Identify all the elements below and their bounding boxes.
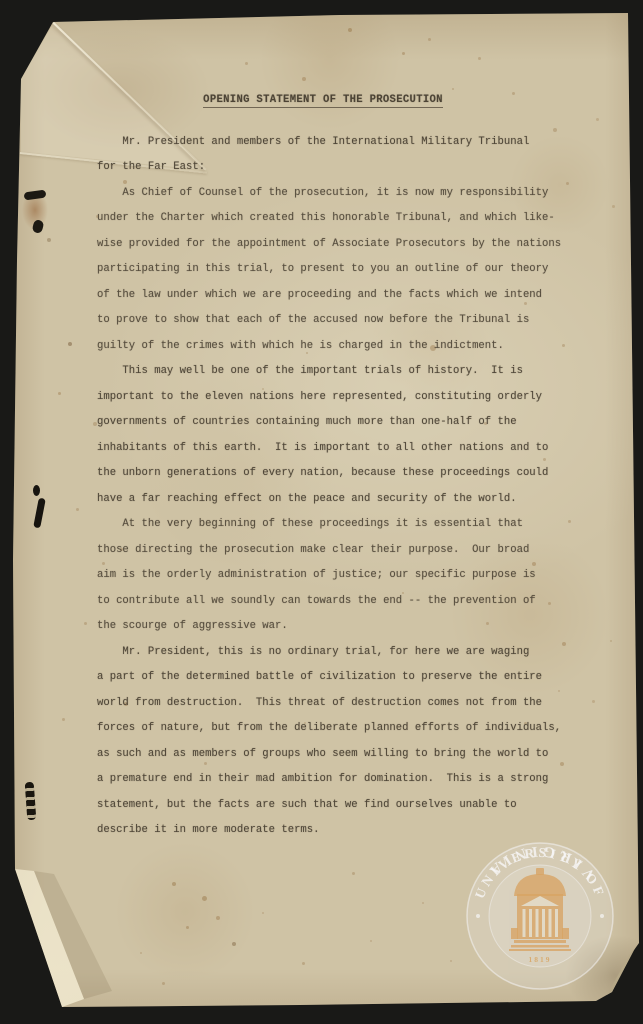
foxing-spot: [232, 942, 236, 946]
text-line: to contribute all we soundly can towards…: [97, 588, 597, 614]
foxing-spot: [428, 38, 431, 41]
foxing-spot: [162, 982, 165, 985]
text-line: inhabitants of this earth. It is importa…: [97, 435, 597, 461]
paragraph: Mr. President and members of the Interna…: [97, 129, 597, 180]
staple-top: [20, 188, 52, 240]
text-line: participating in this trial, to present …: [97, 257, 597, 283]
text-line: for the Far East:: [97, 155, 597, 181]
foxing-spot: [370, 940, 372, 942]
foxing-spot: [352, 872, 355, 875]
staple-mark: [33, 485, 40, 496]
text-line: a premature end in their mad ambition fo…: [97, 767, 597, 793]
text-line: world from destruction. This threat of d…: [97, 690, 597, 716]
foxing-spot: [596, 118, 599, 121]
staple-mark: [25, 782, 37, 821]
text-line: At the very beginning of these proceedin…: [97, 512, 597, 538]
foxing-spot: [478, 57, 481, 60]
foxing-spot: [302, 77, 306, 81]
foxing-spot: [402, 52, 405, 55]
text-line: governments of countries containing much…: [97, 410, 597, 436]
text-line: Mr. President, this is no ordinary trial…: [97, 639, 597, 665]
text-line: guilty of the crimes with which he is ch…: [97, 333, 597, 359]
text-line: statement, but the facts are such that w…: [97, 792, 597, 818]
seal-year: 1819: [529, 955, 552, 964]
foxing-spot: [450, 960, 452, 962]
seal-separator-dot: [476, 914, 480, 918]
foxing-spot: [76, 508, 79, 511]
foxing-spot: [422, 902, 424, 904]
staple-middle: [31, 485, 49, 533]
foxing-spot: [610, 640, 612, 642]
paragraph: As Chief of Counsel of the prosecution, …: [97, 180, 597, 359]
foxing-spot: [58, 392, 61, 395]
foxing-spot: [172, 882, 176, 886]
text-line: the unborn generations of every nation, …: [97, 461, 597, 487]
text-line: of the law under which we are proceeding…: [97, 282, 597, 308]
text-line: as such and as members of groups who see…: [97, 741, 597, 767]
foxing-spot: [302, 962, 305, 965]
text-line: forces of nature, but from the deliberat…: [97, 716, 597, 742]
text-line: under the Charter which created this hon…: [97, 206, 597, 232]
foxing-spot: [84, 622, 87, 625]
seal-separator-dot: [600, 914, 604, 918]
staple-mark: [33, 498, 46, 529]
foxing-spot: [186, 926, 189, 929]
paragraph: At the very beginning of these proceedin…: [97, 512, 597, 640]
foxing-spot: [262, 912, 264, 914]
document-body: Mr. President and members of the Interna…: [97, 129, 597, 843]
text-line: This may well be one of the important tr…: [97, 359, 597, 385]
text-line: those directing the prosecution make cle…: [97, 537, 597, 563]
text-line: As Chief of Counsel of the prosecution, …: [97, 180, 597, 206]
text-line: important to the eleven nations here rep…: [97, 384, 597, 410]
staple-mark: [32, 219, 45, 234]
foxing-spot: [245, 62, 248, 65]
text-line: wise provided for the appointment of Ass…: [97, 231, 597, 257]
text-line: have a far reaching effect on the peace …: [97, 486, 597, 512]
foxing-spot: [452, 88, 454, 90]
foxing-spot: [612, 205, 615, 208]
text-line: to prove to show that each of the accuse…: [97, 308, 597, 334]
text-line: aim is the orderly administration of jus…: [97, 563, 597, 589]
foxing-spot: [348, 28, 352, 32]
document-page: OPENING STATEMENT OF THE PROSECUTION Mr.…: [0, 0, 643, 1024]
foxing-spot: [68, 342, 72, 346]
document-title: OPENING STATEMENT OF THE PROSECUTION: [88, 94, 558, 106]
staple-bottom: [24, 780, 40, 824]
foxing-spot: [62, 718, 65, 721]
paragraph: Mr. President, this is no ordinary trial…: [97, 639, 597, 843]
foxing-spot: [216, 916, 220, 920]
foxing-spot: [140, 952, 142, 954]
text-line: Mr. President and members of the Interna…: [97, 129, 597, 155]
foxing-spot: [202, 896, 207, 901]
scan-background: OPENING STATEMENT OF THE PROSECUTION Mr.…: [0, 0, 643, 1024]
uva-seal-watermark: UNIVERSITY OF VIRGINIA: [464, 840, 616, 992]
text-line: a part of the determined battle of civil…: [97, 665, 597, 691]
text-line: the scourge of aggressive war.: [97, 614, 597, 640]
paragraph: This may well be one of the important tr…: [97, 359, 597, 512]
